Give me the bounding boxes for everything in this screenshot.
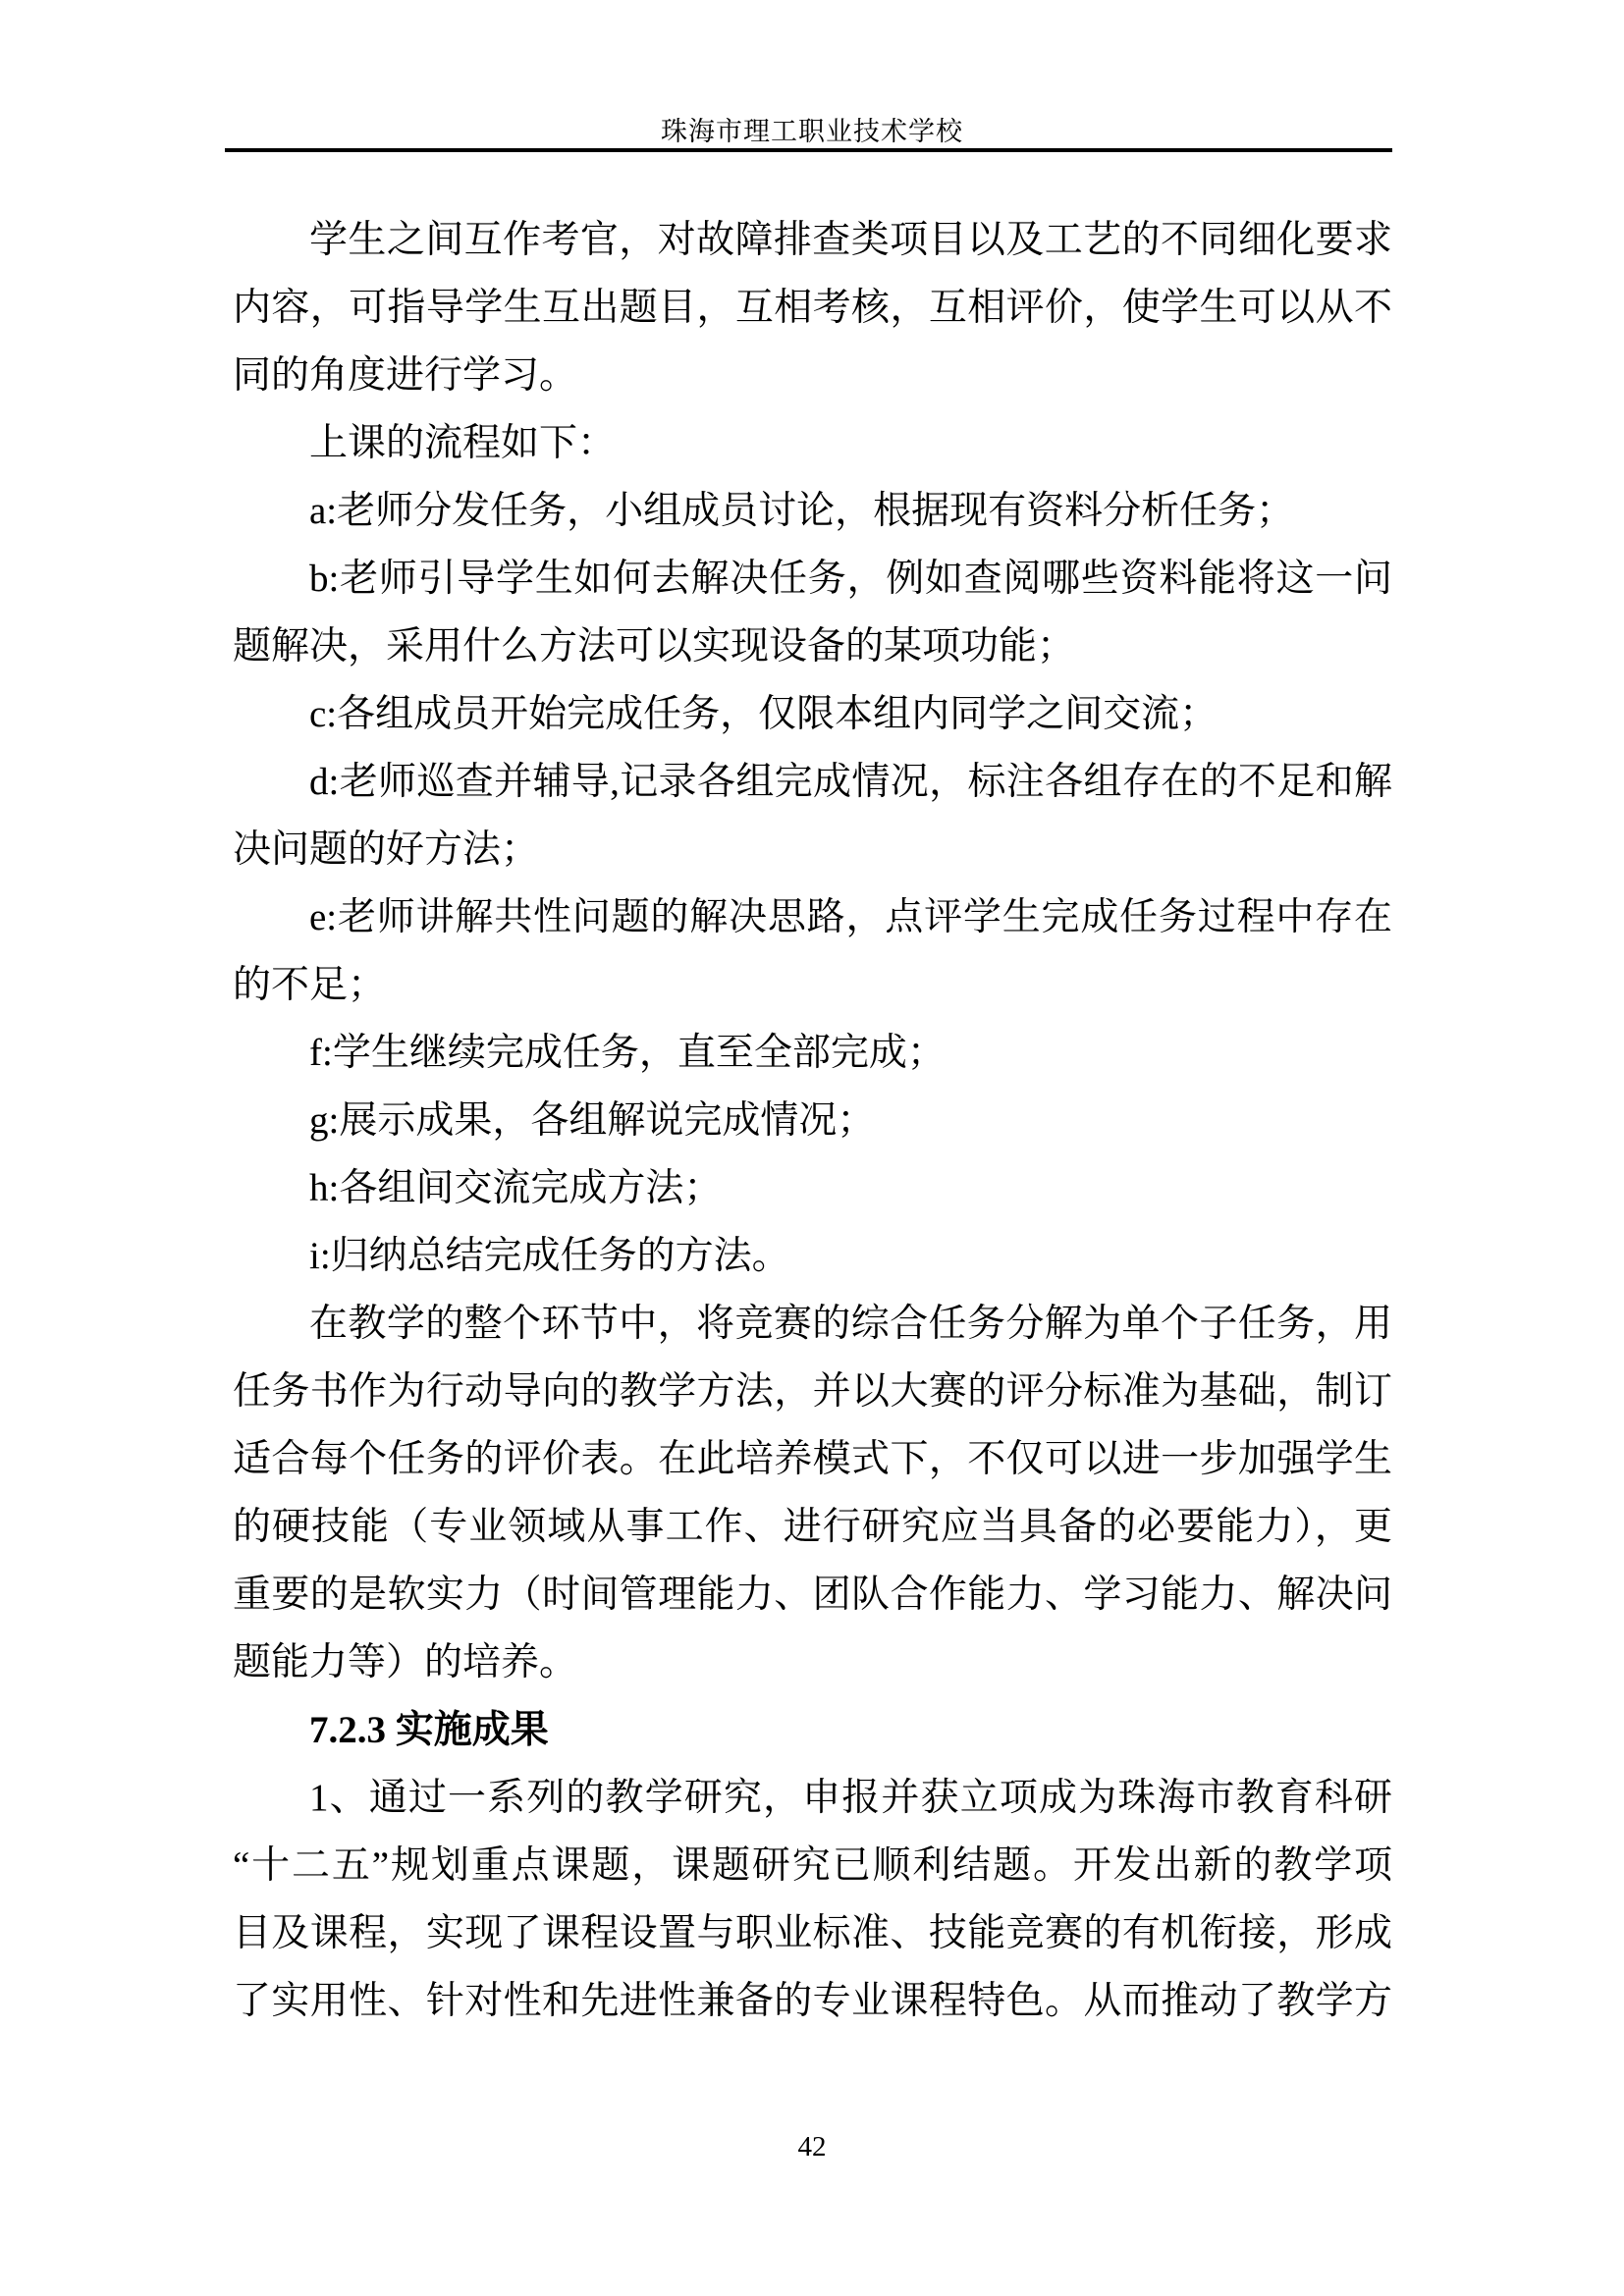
text-line: g:展示成果，各组解说完成情况；: [233, 1087, 1392, 1154]
text-line: f:学生继续完成任务，直至全部完成；: [233, 1019, 1392, 1087]
text-line: c:各组成员开始完成任务，仅限本组内同学之间交流；: [233, 680, 1392, 748]
text-line: 题解决，采用什么方法可以实现设备的某项功能；: [233, 613, 1392, 680]
page-number: 42: [0, 2131, 1624, 2163]
text-line: “十二五”规划重点课题，课题研究已顺利结题。开发出新的教学项: [233, 1832, 1392, 1899]
text-line: 的不足；: [233, 951, 1392, 1019]
page-header-title: 珠海市理工职业技术学校: [0, 116, 1624, 147]
text-line: d:老师巡查并辅导,记录各组完成情况，标注各组存在的不足和解: [233, 748, 1392, 816]
text-line: 1、通过一系列的教学研究，申报并获立项成为珠海市教育科研: [233, 1764, 1392, 1832]
text-line: h:各组间交流完成方法；: [233, 1154, 1392, 1222]
text-line: 上课的流程如下：: [233, 409, 1392, 477]
section-heading: 7.2.3 实施成果: [233, 1696, 1392, 1764]
text-line: i:归纳总结完成任务的方法。: [233, 1222, 1392, 1290]
text-line: a:老师分发任务，小组成员讨论，根据现有资料分析任务；: [233, 477, 1392, 545]
text-line: 学生之间互作考官，对故障排查类项目以及工艺的不同细化要求: [233, 206, 1392, 274]
header-rule: [225, 148, 1392, 152]
text-line: 决问题的好方法；: [233, 816, 1392, 883]
text-line: 目及课程，实现了课程设置与职业标准、技能竞赛的有机衔接，形成: [233, 1899, 1392, 1967]
text-line: 内容，可指导学生互出题目，互相考核，互相评价，使学生可以从不: [233, 274, 1392, 342]
text-line: 题能力等）的培养。: [233, 1629, 1392, 1696]
text-line: 任务书作为行动导向的教学方法，并以大赛的评分标准为基础，制订: [233, 1358, 1392, 1425]
text-line: e:老师讲解共性问题的解决思路，点评学生完成任务过程中存在: [233, 883, 1392, 951]
text-line: 的硬技能（专业领域从事工作、进行研究应当具备的必要能力），更: [233, 1493, 1392, 1561]
text-line: 了实用性、针对性和先进性兼备的专业课程特色。从而推动了教学方: [233, 1967, 1392, 2035]
text-line: 在教学的整个环节中，将竞赛的综合任务分解为单个子任务，用: [233, 1290, 1392, 1358]
text-line: 适合每个任务的评价表。在此培养模式下，不仅可以进一步加强学生: [233, 1425, 1392, 1493]
document-page: 珠海市理工职业技术学校 学生之间互作考官，对故障排查类项目以及工艺的不同细化要求…: [0, 0, 1624, 2296]
text-line: b:老师引导学生如何去解决任务，例如查阅哪些资料能将这一问: [233, 545, 1392, 613]
text-line: 同的角度进行学习。: [233, 342, 1392, 409]
text-line: 重要的是软实力（时间管理能力、团队合作能力、学习能力、解决问: [233, 1561, 1392, 1629]
document-body: 学生之间互作考官，对故障排查类项目以及工艺的不同细化要求内容，可指导学生互出题目…: [233, 206, 1392, 2035]
